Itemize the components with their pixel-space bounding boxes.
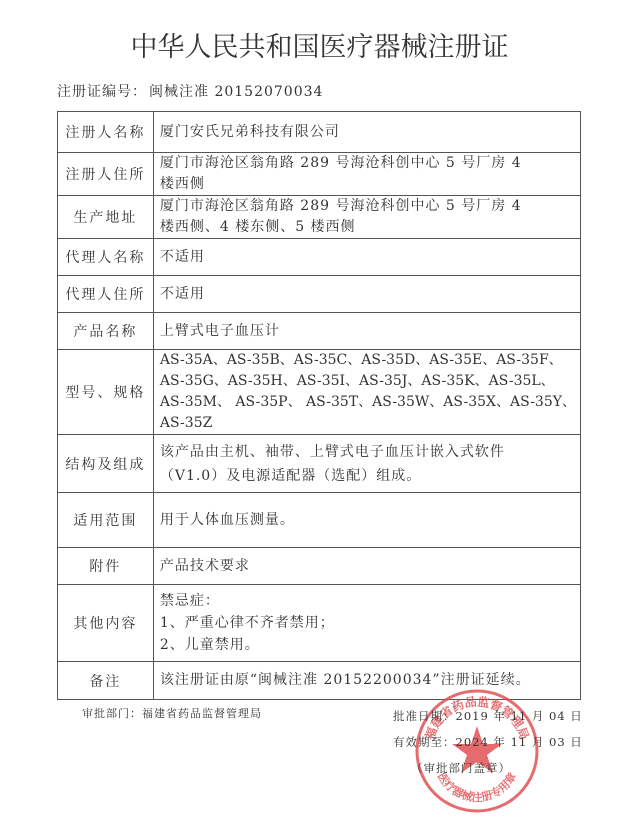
value-line: （V1.0）及电源适配器（选配）组成。 [160,464,576,488]
table-row: 代理人名称 不适用 [58,239,581,276]
value-line: AS-35A、AS-35B、AS-35C、AS-35D、AS-35E、AS-35… [160,350,576,371]
value-line: 厦门安氏兄弟科技有限公司 [160,122,576,143]
value-line: 1、严重心律不齐者禁用； [160,612,576,634]
row-label-production-address: 生产地址 [58,196,154,239]
value-line: AS-35G、AS-35H、AS-35I、AS-35J、AS-35K、AS-35… [160,371,576,392]
row-label-structure: 结构及组成 [58,435,154,493]
registration-number-value: 闽械注准 20152070034 [149,84,323,100]
table-row: 代理人住所 不适用 [58,276,581,313]
row-value-structure: 该产品由主机、袖带、上臂式电子血压计嵌入式软件 （V1.0）及电源适配器（选配）… [153,435,580,493]
row-label-product-name: 产品名称 [58,313,154,350]
value-line: 不适用 [160,247,576,268]
row-label-registrant-address: 注册人住所 [58,153,154,196]
row-value-product-name: 上臂式电子血压计 [153,313,580,350]
row-value-agent-name: 不适用 [153,239,580,276]
registration-number: 注册证编号：闽械注准 20152070034 [57,82,323,102]
row-label-scope: 适用范围 [58,493,154,548]
value-line: 该产品由主机、袖带、上臂式电子血压计嵌入式软件 [160,440,576,464]
table-row: 注册人住所 厦门市海沧区翁角路 289 号海沧科创中心 5 号厂房 4 楼西侧 [58,153,581,196]
table-row: 生产地址 厦门市海沧区翁角路 289 号海沧科创中心 5 号厂房 4 楼西侧、4… [58,196,581,239]
certificate-table: 注册人名称 厦门安氏兄弟科技有限公司 注册人住所 厦门市海沧区翁角路 289 号… [57,111,581,700]
value-line: 不适用 [160,284,576,305]
value-line: 楼西侧、4 楼东侧、5 楼西侧 [160,217,576,238]
table-row: 产品名称 上臂式电子血压计 [58,313,581,350]
row-label-model-spec: 型号、规格 [58,350,154,435]
row-label-other: 其他内容 [58,585,154,662]
registration-number-label: 注册证编号： [57,84,147,100]
validity-info: 批准日期：2019 年 11 月 04 日 有效期至：2024 年 11 月 0… [393,703,583,781]
row-label-remarks: 备注 [58,662,154,700]
table-row: 其他内容 禁忌症： 1、严重心律不齐者禁用； 2、儿童禁用。 [58,585,581,662]
row-value-scope: 用于人体血压测量。 [153,493,580,548]
row-value-production-address: 厦门市海沧区翁角路 289 号海沧科创中心 5 号厂房 4 楼西侧、4 楼东侧、… [153,196,580,239]
stamp-note: （审批部门盖章） [393,755,583,781]
approval-department: 审批部门：福建省药品监督管理局 [82,705,262,721]
value-line: 用于人体血压测量。 [160,510,576,531]
value-line: 禁忌症： [160,590,576,612]
value-line: 厦门市海沧区翁角路 289 号海沧科创中心 5 号厂房 4 [160,196,576,217]
value-line: 2、儿童禁用。 [160,634,576,656]
value-line: 厦门市海沧区翁角路 289 号海沧科创中心 5 号厂房 4 [160,153,576,174]
row-label-registrant-name: 注册人名称 [58,112,154,153]
table-row: 注册人名称 厦门安氏兄弟科技有限公司 [58,112,581,153]
table-row: 附件 产品技术要求 [58,548,581,585]
row-label-agent-address: 代理人住所 [58,276,154,313]
row-label-attachment: 附件 [58,548,154,585]
document-title: 中华人民共和国医疗器械注册证 [0,30,639,66]
value-line: AS-35Z [160,413,576,434]
value-line: 上臂式电子血压计 [160,321,576,342]
row-label-agent-name: 代理人名称 [58,239,154,276]
approval-date: 批准日期：2019 年 11 月 04 日 [393,703,583,729]
row-value-attachment: 产品技术要求 [153,548,580,585]
row-value-registrant-name: 厦门安氏兄弟科技有限公司 [153,112,580,153]
table-row: 适用范围 用于人体血压测量。 [58,493,581,548]
value-line: 楼西侧 [160,174,576,195]
valid-until: 有效期至：2024 年 11 月 03 日 [393,729,583,755]
row-value-registrant-address: 厦门市海沧区翁角路 289 号海沧科创中心 5 号厂房 4 楼西侧 [153,153,580,196]
value-line: AS-35M、 AS-35P、 AS-35T、AS-35W、AS-35X、AS-… [160,392,576,413]
row-value-other: 禁忌症： 1、严重心律不齐者禁用； 2、儿童禁用。 [153,585,580,662]
row-value-model-spec: AS-35A、AS-35B、AS-35C、AS-35D、AS-35E、AS-35… [153,350,580,435]
table-row: 结构及组成 该产品由主机、袖带、上臂式电子血压计嵌入式软件 （V1.0）及电源适… [58,435,581,493]
row-value-agent-address: 不适用 [153,276,580,313]
table-row: 型号、规格 AS-35A、AS-35B、AS-35C、AS-35D、AS-35E… [58,350,581,435]
value-line: 产品技术要求 [160,556,576,577]
